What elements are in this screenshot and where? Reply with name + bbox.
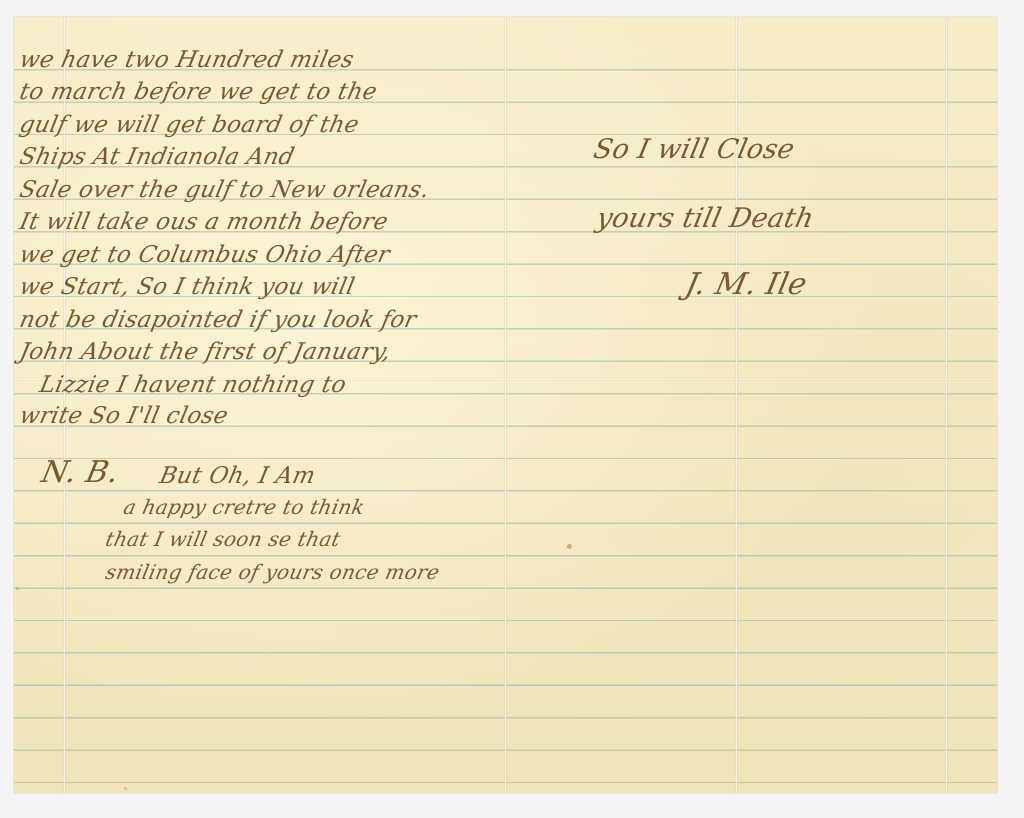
letter-line: Sale over the gulf to New orleans. [17,177,432,203]
letter-line: we have two Hundred miles [17,47,356,73]
letter-paper: we have two Hundred miles to march befor… [14,17,997,793]
postscript-line: smiling face of yours once more [103,560,442,584]
postscript-marker: N. B. [38,455,122,490]
letter-line: we Start, So I think you will [17,274,357,300]
closing-line: yours till Death [594,203,817,234]
letter-line: Lizzie I havent nothing to [37,372,348,398]
letter-line: not be disapointed if you look for [17,307,419,333]
foxing-spot [124,787,127,790]
foxing-spot [567,544,572,549]
letter-line: write So I'll close [17,403,230,429]
letter-line: It will take ous a month before [17,209,390,235]
signature: J. M. Ile [682,267,810,302]
postscript-line: that I will soon se that [103,527,342,551]
letter-line: Ships At Indianola And [17,144,297,170]
postscript-line: a happy cretre to think [121,495,366,519]
fold-crease [945,17,948,793]
postscript-line: But Oh, I Am [157,463,318,489]
letter-line: to march before we get to the [17,79,379,105]
fold-crease [504,17,507,793]
letter-line: John About the first of January, [17,339,393,365]
foxing-spot [16,587,19,590]
letter-line: we get to Columbus Ohio After [17,242,392,268]
letter-line: gulf we will get board of the [17,112,361,138]
closing-line: So I will Close [591,134,798,165]
